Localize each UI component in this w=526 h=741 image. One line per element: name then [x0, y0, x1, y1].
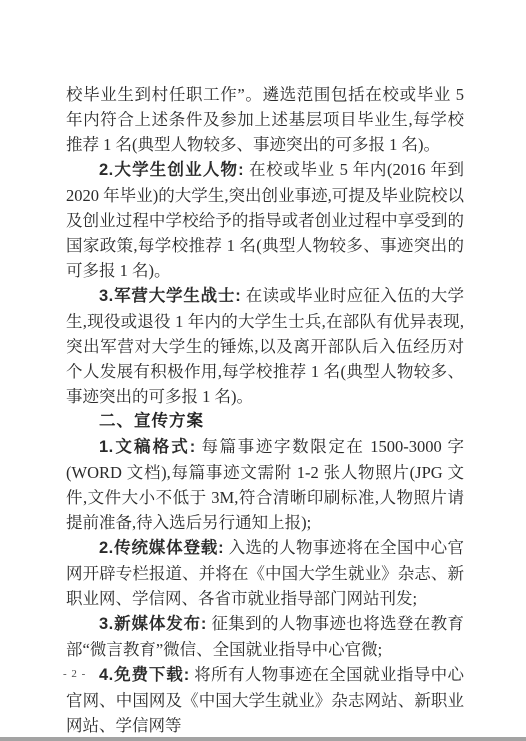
paragraph: 2.大学生创业人物: 在校或毕业 5 年内(2016 年到 2020 年毕业)的… [66, 157, 464, 283]
paragraph-lead: 3.军营大学生战士: [99, 287, 241, 305]
paragraph-lead: 3.新媒体发布: [99, 615, 207, 633]
page-number: - 2 - [63, 668, 86, 680]
paragraph: 4.免费下载: 将所有人物事迹在全国就业指导中心官网、中国网及《中国大学生就业》… [66, 662, 464, 738]
paragraph-lead: 2.大学生创业人物: [99, 161, 244, 179]
paragraph-lead: 2.传统媒体登载: [99, 539, 224, 557]
paragraph: 2.传统媒体登载: 入选的人物事迹将在全国中心官网开辟专栏报道、并将在《中国大学… [66, 535, 464, 611]
paragraph: 1.文稿格式: 每篇事迹字数限定在 1500-3000 字(WORD 文档),每… [66, 434, 464, 535]
paragraph-lead: 4.免费下载: [99, 666, 190, 684]
document-page: 校毕业生到村任职工作”。遴选范围包括在校或毕业 5 年内符合上述条件及参加上述基… [0, 0, 526, 741]
page-bottom-edge [0, 737, 526, 741]
paragraph-lead: 1.文稿格式: [99, 438, 196, 456]
document-body: 校毕业生到村任职工作”。遴选范围包括在校或毕业 5 年内符合上述条件及参加上述基… [66, 82, 464, 738]
paragraph-text: 校毕业生到村任职工作”。遴选范围包括在校或毕业 5 年内符合上述条件及参加上述基… [66, 85, 464, 154]
paragraph: 校毕业生到村任职工作”。遴选范围包括在校或毕业 5 年内符合上述条件及参加上述基… [66, 82, 464, 157]
paragraph: 3.军营大学生战士: 在读或毕业时应征入伍的大学生,现役或退役 1 年内的大学生… [66, 283, 464, 409]
paragraph: 3.新媒体发布: 征集到的人物事迹也将选登在教育部“微言教育”微信、全国就业指导… [66, 611, 464, 662]
section-heading: 二、宣传方案 [66, 409, 464, 434]
